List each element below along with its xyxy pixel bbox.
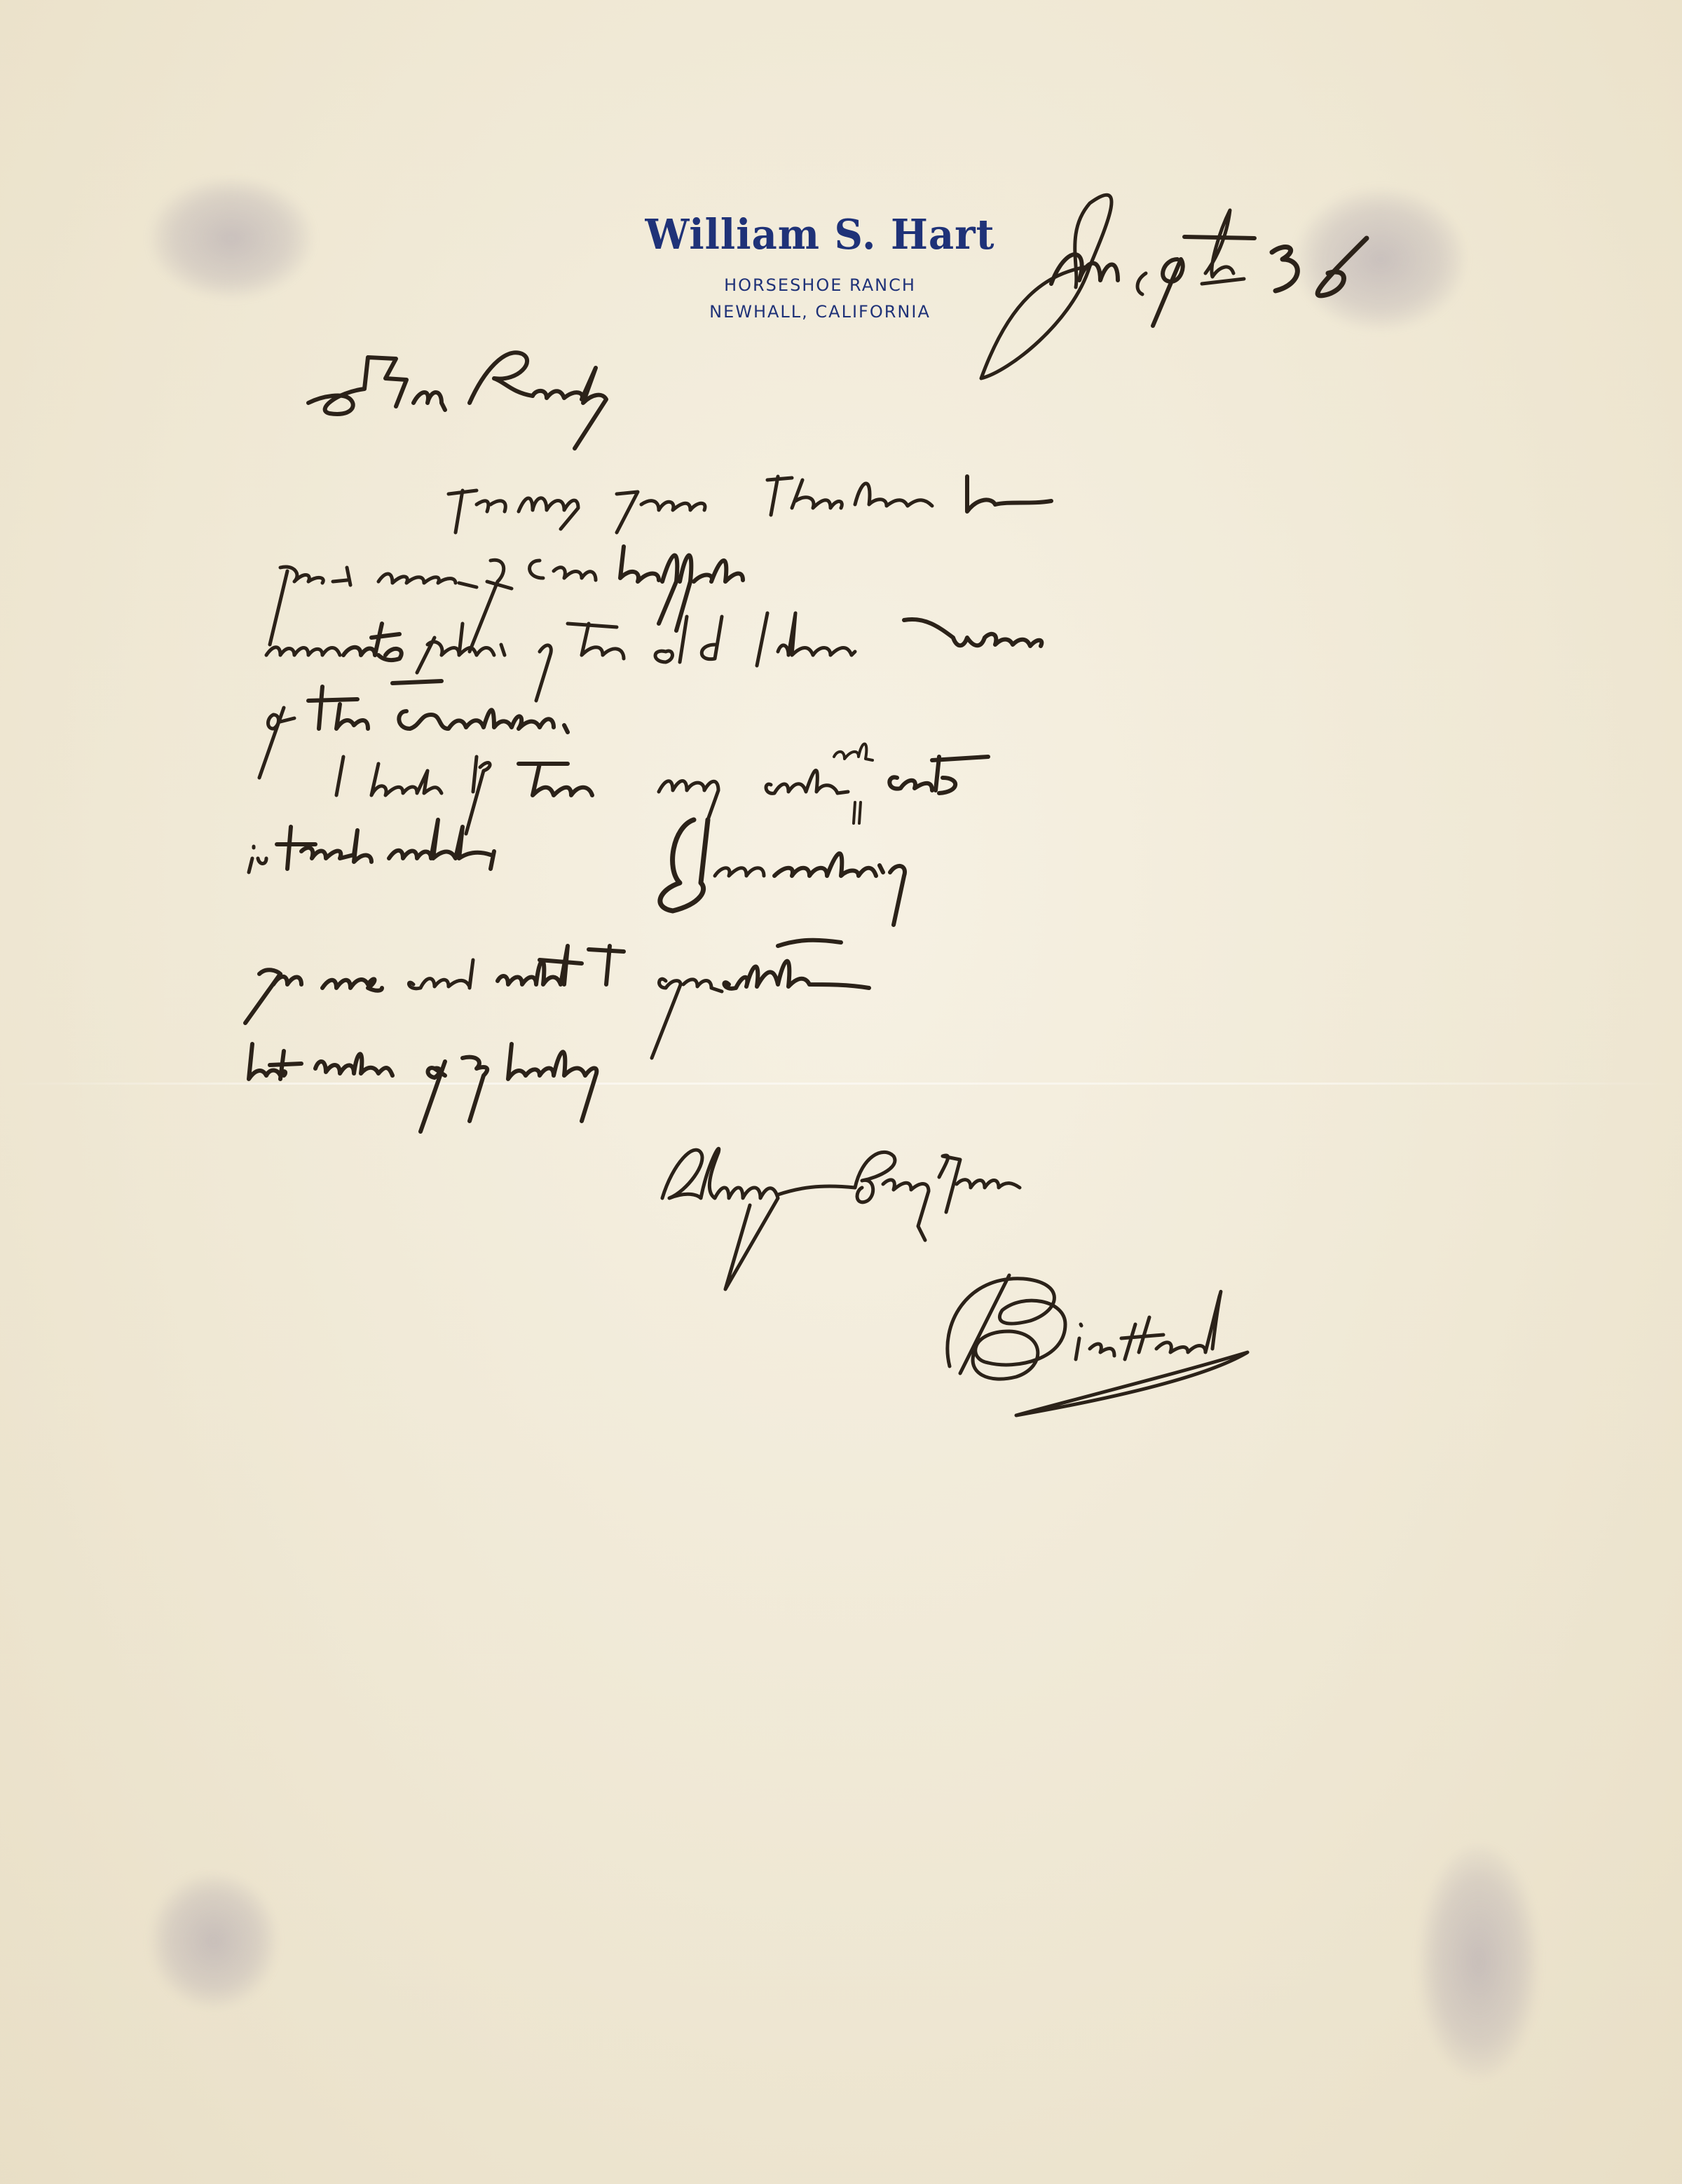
letterhead: William S. Hart HORSESHOE RANCH NEWHALL,…: [631, 210, 1009, 325]
date-handwriting: [967, 161, 1500, 392]
salutation: Dear Rudy: [294, 350, 687, 469]
salutation-handwriting: [294, 350, 687, 469]
body-line-1-handwriting: [449, 462, 1626, 540]
body-line-6: in the whole world. I am sending: [245, 806, 1577, 932]
stain-bottom-left: [151, 1874, 277, 2007]
stain-top-left: [151, 179, 312, 298]
signature-handwriting: [911, 1268, 1402, 1429]
body-line-6-handwriting: [245, 806, 1577, 932]
body-line-8-handwriting: [245, 1009, 946, 1128]
letter-date: Jan 19th 36: [967, 161, 1500, 392]
signature: Bill Hart: [911, 1268, 1402, 1429]
letterhead-location: NEWHALL, CALIFORNIA: [631, 298, 1009, 325]
letterhead-ranch: HORSESHOE RANCH: [631, 272, 1009, 298]
body-line-1: For many years I have been the: [449, 462, 1626, 540]
letterhead-name: William S. Hart: [631, 209, 1009, 261]
body-line-8: best wishes of my heart.: [245, 1009, 946, 1128]
stain-bottom-right: [1419, 1846, 1538, 2077]
